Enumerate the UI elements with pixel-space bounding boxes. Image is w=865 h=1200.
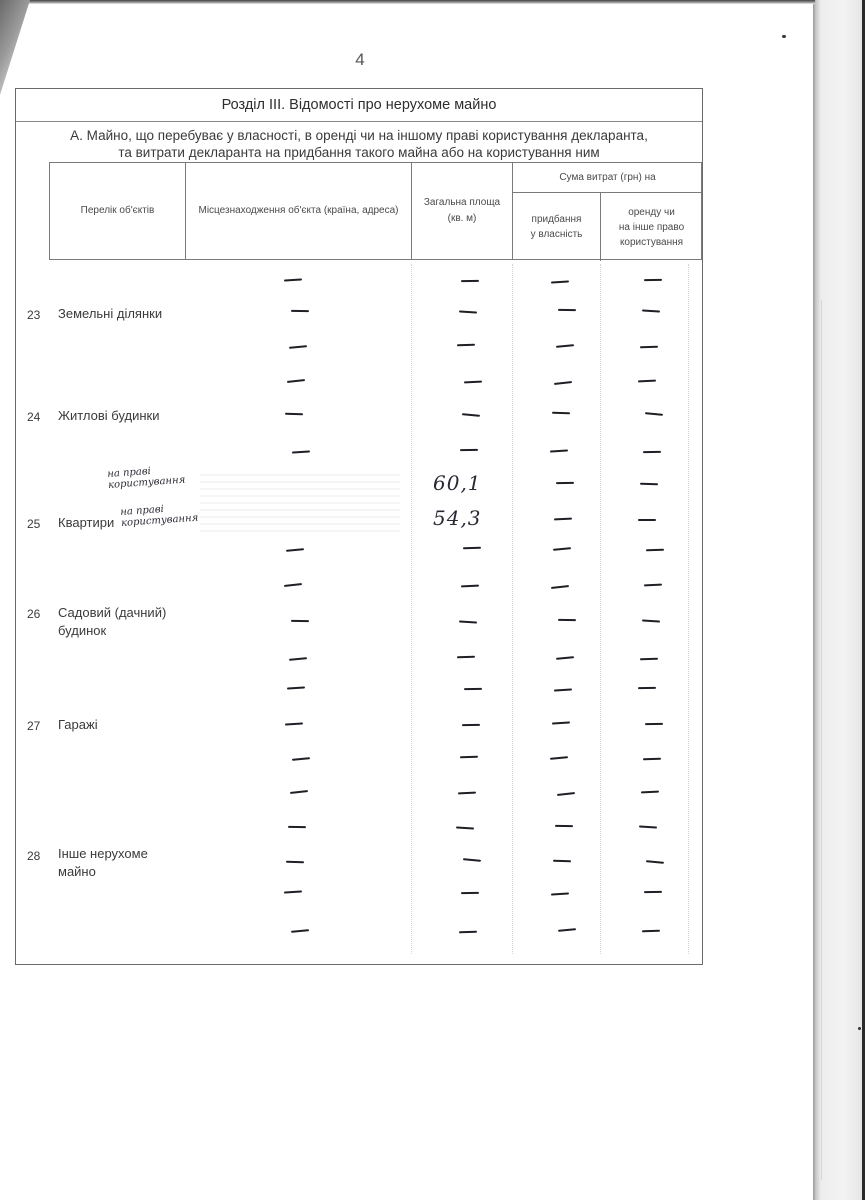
category-garden-house: Садовий (дачний) будинок <box>58 604 166 640</box>
empty-dash <box>462 724 480 726</box>
category-24-number: 24 <box>27 410 40 424</box>
apartment-1-area: 60,1 <box>433 471 482 495</box>
table-header: Перелік об'єктів Місцезнаходження об'єкт… <box>49 162 702 260</box>
category-23-number: 23 <box>27 308 40 322</box>
category-label: Інше нерухоме <box>58 845 148 863</box>
column-group-expenses: Сума витрат (грн) на <box>513 163 702 193</box>
apartment-1-right-note: на праві користування <box>107 464 186 491</box>
category-label: Гаражі <box>58 716 98 734</box>
empty-dash <box>645 723 663 725</box>
empty-dash <box>291 310 309 312</box>
column-header-purchase: придбання у власність <box>513 193 601 261</box>
scan-folded-corner <box>0 0 30 95</box>
category-apartments: Квартири <box>58 514 114 532</box>
subsection-title-line-2: та витрати декларанта на придбання таког… <box>16 144 702 161</box>
category-land-plots: Земельні ділянки <box>58 305 162 323</box>
page-number: 4 <box>350 50 370 70</box>
empty-dash <box>638 687 656 689</box>
column-header-purchase-line-1: придбання <box>531 212 583 227</box>
empty-dash <box>291 620 309 622</box>
scan-fold-line <box>821 300 822 1180</box>
column-guide <box>411 264 412 954</box>
column-header-location-label: Місцезнаходження об'єкта (країна, адреса… <box>199 203 399 219</box>
empty-dash <box>555 825 573 827</box>
empty-dash <box>644 279 662 281</box>
empty-dash <box>558 619 576 621</box>
category-25-number: 25 <box>27 517 40 531</box>
column-header-objects-label: Перелік об'єктів <box>81 203 155 219</box>
category-label: майно <box>58 863 148 881</box>
category-label: Земельні ділянки <box>58 305 162 323</box>
category-26-number: 26 <box>27 607 40 621</box>
section-title: Розділ III. Відомості про нерухоме майно <box>16 89 702 122</box>
empty-dash <box>460 449 478 451</box>
empty-dash <box>461 280 479 282</box>
column-guide <box>512 264 513 954</box>
empty-dash <box>643 451 661 453</box>
subsection-title: А. Майно, що перебуває у власності, в ор… <box>16 127 702 161</box>
column-header-rent-line-2: на інше право <box>619 220 684 235</box>
empty-dash <box>288 826 306 828</box>
category-label: Житлові будинки <box>58 407 160 425</box>
empty-dash <box>558 309 576 311</box>
category-houses: Житлові будинки <box>58 407 160 425</box>
category-label: Квартири <box>58 514 114 532</box>
column-header-rent-line-3: користування <box>619 235 684 250</box>
category-27-number: 27 <box>27 719 40 733</box>
apartment-2-right-note: на праві користування <box>120 502 199 529</box>
category-label: будинок <box>58 622 166 640</box>
column-header-area-line-2: (кв. м) <box>424 211 500 227</box>
column-guide <box>688 264 689 954</box>
scan-top-border <box>20 0 815 4</box>
category-label: Садовий (дачний) <box>58 604 166 622</box>
category-28-number: 28 <box>27 849 40 863</box>
subsection-title-line-1: А. Майно, що перебуває у власності, в ор… <box>16 127 702 144</box>
empty-dash <box>638 519 656 521</box>
column-header-area: Загальна площа (кв. м) <box>412 163 513 259</box>
apartment-2-area: 54,3 <box>433 506 482 530</box>
column-guide <box>600 264 601 954</box>
scan-speck <box>782 35 786 38</box>
redacted-address-area <box>200 470 400 532</box>
empty-dash <box>556 482 574 484</box>
column-header-objects: Перелік об'єктів <box>50 163 186 259</box>
category-other-real-estate: Інше нерухоме майно <box>58 845 148 881</box>
category-garages: Гаражі <box>58 716 98 734</box>
empty-dash <box>461 892 479 894</box>
empty-dash <box>464 688 482 690</box>
column-header-area-line-1: Загальна площа <box>424 195 500 211</box>
column-header-rent: оренду чи на інше право користування <box>601 193 702 261</box>
column-header-location: Місцезнаходження об'єкта (країна, адреса… <box>186 163 412 259</box>
scan-speck <box>858 1027 861 1030</box>
column-header-rent-line-1: оренду чи <box>619 205 684 220</box>
empty-dash <box>644 891 662 893</box>
column-header-purchase-line-2: у власність <box>531 227 583 242</box>
